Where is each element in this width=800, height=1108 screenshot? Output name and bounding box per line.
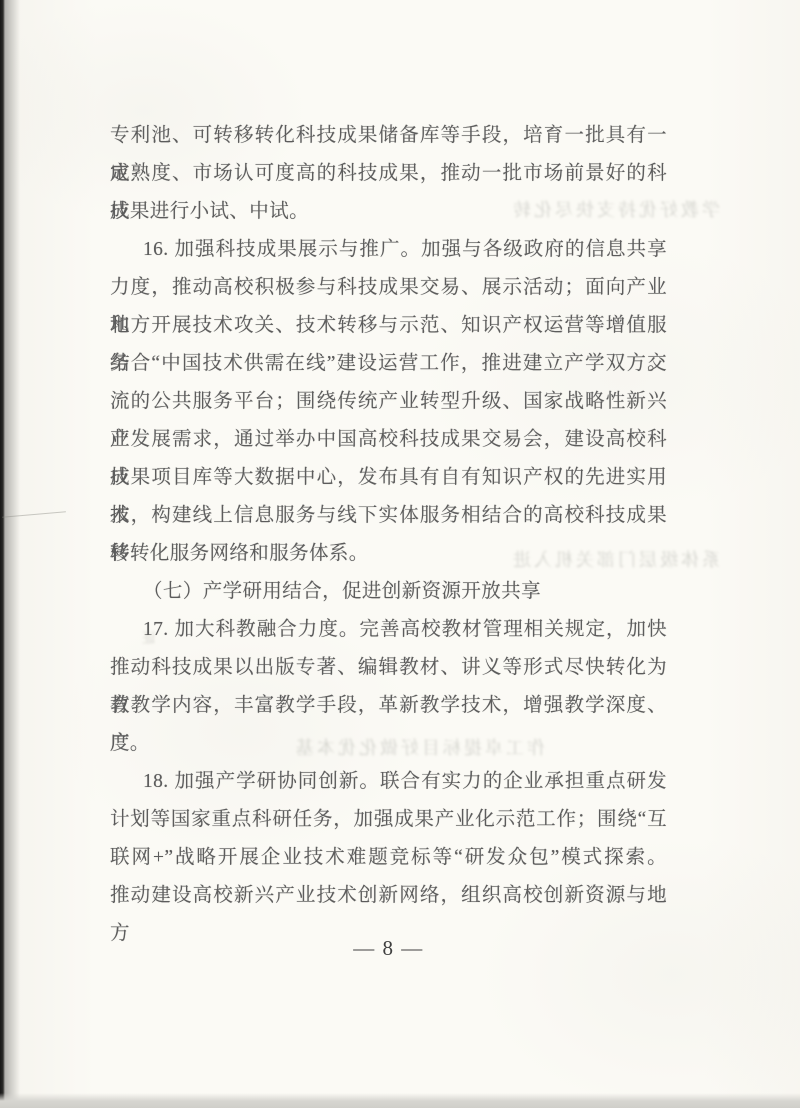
text-line: 地方开展技术攻关、技术转移与示范、知识产权运营等增值服务。 bbox=[110, 307, 667, 345]
text-line: 业发展需求，通过举办中国高校科技成果交易会，建设高校科技 bbox=[110, 421, 667, 459]
text-line: 力度，推动高校积极参与科技成果交易、展示活动；面向产业和 bbox=[110, 269, 667, 307]
text-line: 成果项目库等大数据中心，发布具有自有知识产权的先进实用技 bbox=[110, 459, 667, 497]
text-line: 专利池、可转移转化科技成果储备库等手段，培育一批具有一定 bbox=[110, 117, 667, 155]
scan-edge-left bbox=[0, 0, 20, 1108]
text-line: 推动科技成果以出版专著、编辑教材、讲义等形式尽快转化为教 bbox=[110, 649, 667, 687]
text-line: 计划等国家重点科研任务，加强成果产业化示范工作；围绕“互 bbox=[110, 801, 667, 839]
text-line: 18. 加强产学研协同创新。联合有实力的企业承担重点研发 bbox=[110, 763, 667, 801]
text-line: 度。 bbox=[110, 725, 667, 763]
text-line: 育教学内容，丰富教学手段，革新教学技术，增强教学深度、广 bbox=[110, 687, 667, 725]
text-line: 成果进行小试、中试。 bbox=[110, 193, 667, 231]
text-line: 16. 加强科技成果展示与推广。加强与各级政府的信息共享 bbox=[110, 231, 667, 269]
text-line: 术，构建线上信息服务与线下实体服务相结合的高校科技成果转 bbox=[110, 497, 667, 535]
text-line: 结合“中国技术供需在线”建设运营工作，推进建立产学双方交 bbox=[110, 345, 667, 383]
text-line: 流的公共服务平台；围绕传统产业转型升级、国家战略性新兴产 bbox=[110, 383, 667, 421]
text-block: 专利池、可转移转化科技成果储备库等手段，培育一批具有一定成熟度、市场认可度高的科… bbox=[110, 117, 667, 915]
text-line: 推动建设高校新兴产业技术创新网络，组织高校创新资源与地方 bbox=[110, 877, 667, 915]
text-line: 联网+”战略开展企业技术难题竞标等“研发众包”模式探索。 bbox=[110, 839, 667, 877]
text-line: 17. 加大科教融合力度。完善高校教材管理相关规定，加快 bbox=[110, 611, 667, 649]
page-number: — 8 — bbox=[110, 936, 667, 961]
text-line: 移转化服务网络和服务体系。 bbox=[110, 535, 667, 573]
scan-edge-bottom bbox=[0, 1093, 800, 1108]
text-line: 成熟度、市场认可度高的科技成果，推动一批市场前景好的科技 bbox=[110, 155, 667, 193]
text-line: （七）产学研用结合，促进创新资源开放共享 bbox=[110, 573, 667, 611]
